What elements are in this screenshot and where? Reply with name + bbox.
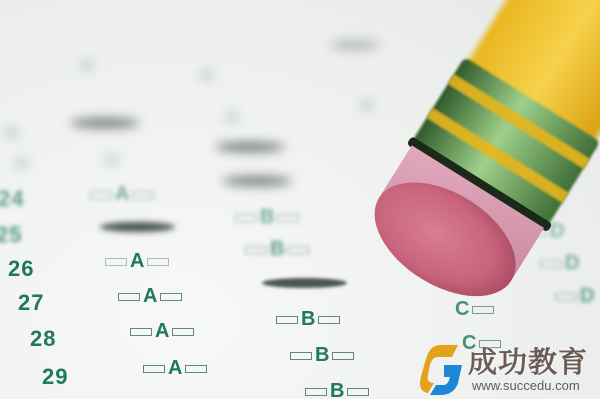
watermark-title: 成功教育 xyxy=(468,340,588,381)
watermark-url: www.succedu.com xyxy=(472,378,580,393)
succedu-logo-icon xyxy=(420,343,464,395)
watermark-logo: 成功教育 www.succedu.com xyxy=(420,338,600,399)
answer-sheet-photo: 24 A 25 B B D D D 26 A 27 A 28 A B 29 A … xyxy=(0,0,600,399)
